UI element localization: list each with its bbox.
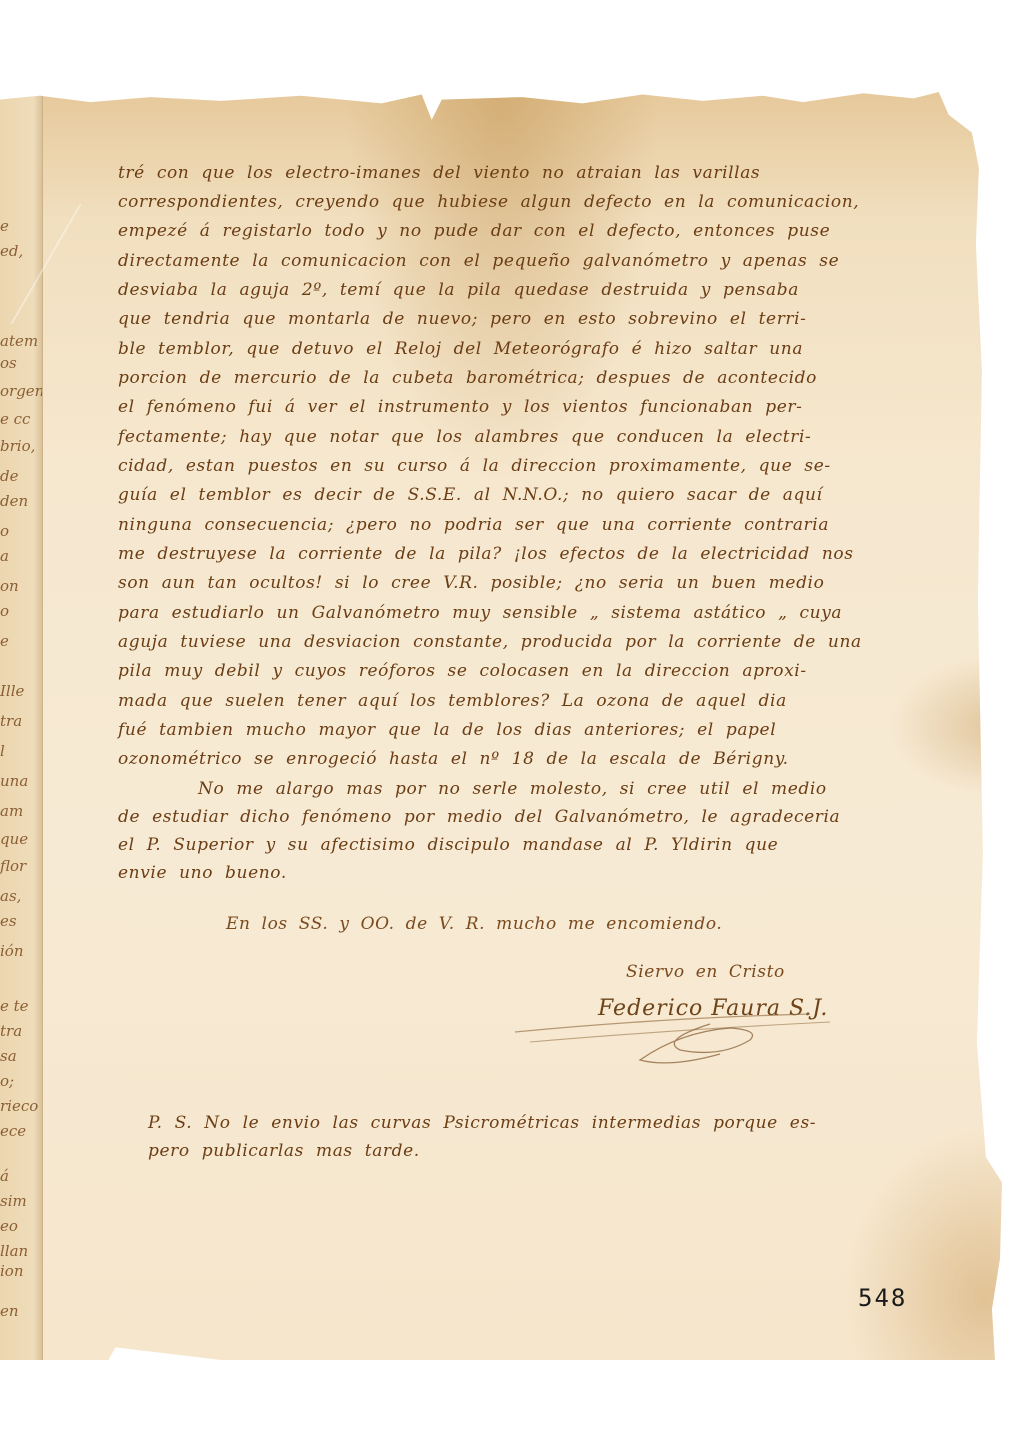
body-line: guía el temblor es decir de S.S.E. al N.… — [118, 484, 823, 506]
body-line: que tendria que montarla de nuevo; pero … — [118, 308, 807, 330]
bleed-through-fragment: o; — [0, 1072, 14, 1090]
bleed-through-fragment: e — [0, 632, 9, 650]
bleed-through-fragment: es — [0, 912, 17, 930]
bleed-through-fragment: am — [0, 802, 23, 820]
bleed-through-fragment: ión — [0, 942, 24, 960]
postscript-line: pero publicarlas mas tarde. — [148, 1140, 420, 1162]
bleed-through-fragment: de — [0, 467, 18, 485]
salutation: En los SS. y OO. de V. R. mucho me encom… — [226, 914, 722, 934]
paragraph-line: No me alargo mas por no serle molesto, s… — [198, 778, 827, 800]
body-line: son aun tan ocultos! si lo cree V.R. pos… — [118, 572, 824, 594]
bleed-through-fragment: flor — [0, 857, 26, 875]
bleed-through-fragment: ece — [0, 1122, 26, 1140]
body-line: fué tambien mucho mayor que la de los di… — [118, 719, 776, 741]
bleed-through-fragment: on — [0, 577, 19, 595]
body-line: ble temblor, que detuvo el Reloj del Met… — [118, 338, 803, 360]
bleed-through-fragment: eo — [0, 1217, 18, 1235]
scan-frame: e ed, atem os orgen e cc brio, de den o … — [0, 0, 1024, 1448]
body-line: ozonométrico se enrogeció hasta el nº 18… — [118, 748, 789, 770]
body-line: mada que suelen tener aquí los temblores… — [118, 690, 787, 712]
bleed-through-fragment: una — [0, 772, 28, 790]
bleed-through-fragment: e — [0, 217, 9, 235]
body-line: cidad, estan puestos en su curso á la di… — [118, 455, 831, 477]
bleed-through-fragment: en — [0, 1302, 19, 1320]
bleed-through-fragment: que — [0, 830, 28, 848]
bleed-through-fragment: tra — [0, 1022, 22, 1040]
body-line: desviaba la aguja 2º, temí que la pila q… — [118, 279, 799, 301]
bleed-through-fragment: rieco — [0, 1097, 38, 1115]
bleed-through-fragment: den — [0, 492, 28, 510]
bleed-through-fragment: o — [0, 522, 9, 540]
bleed-through-fragment: ed, — [0, 242, 23, 260]
body-line: pila muy debil y cuyos reóforos se coloc… — [118, 660, 807, 682]
bleed-through-fragment: orgen — [0, 382, 43, 400]
bleed-through-fragment: e cc — [0, 410, 30, 428]
archive-page-number: 548 — [858, 1284, 907, 1312]
paragraph-line: envie uno bueno. — [118, 862, 287, 884]
bleed-through-fragment: llan — [0, 1242, 28, 1260]
bleed-through-fragment: á — [0, 1167, 9, 1185]
bleed-through-fragment: atem — [0, 332, 38, 350]
bleed-through-fragment: tra — [0, 712, 22, 730]
body-line: directamente la comunicacion con el pequ… — [118, 250, 839, 272]
body-line: aguja tuviese una desviacion constante, … — [118, 631, 862, 653]
paragraph-line: el P. Superior y su afectisimo discipulo… — [118, 834, 778, 856]
bleed-through-fragment: brio, — [0, 437, 35, 455]
postscript-line: P. S. No le envio las curvas Psicrométri… — [148, 1112, 816, 1134]
closing-phrase: Siervo en Cristo — [626, 962, 785, 982]
bleed-through-fragment: e te — [0, 997, 29, 1015]
bleed-through-fragment: as, — [0, 887, 21, 905]
letter-page: e ed, atem os orgen e cc brio, de den o … — [0, 92, 1004, 1360]
body-line: para estudiarlo un Galvanómetro muy sens… — [118, 602, 842, 624]
paragraph-line: de estudiar dicho fenómeno por medio del… — [118, 806, 840, 828]
bleed-through-fragment: a — [0, 547, 9, 565]
body-line: correspondientes, creyendo que hubiese a… — [118, 191, 859, 213]
bleed-through-fragment: o — [0, 602, 9, 620]
signature-flourish-icon — [510, 1010, 850, 1070]
bleed-through-fragment: sim — [0, 1192, 27, 1210]
body-line: porcion de mercurio de la cubeta baromét… — [118, 367, 817, 389]
bleed-through-fragment: os — [0, 354, 17, 372]
body-line: empezé á registarlo todo y no pude dar c… — [118, 220, 830, 242]
bleed-through-fragment: l — [0, 742, 5, 760]
bleed-through-fragment: sa — [0, 1047, 17, 1065]
bleed-through-fragment: Ille — [0, 682, 24, 700]
body-line: me destruyese la corriente de la pila? ¡… — [118, 543, 854, 565]
body-line: el fenómeno fui á ver el instrumento y l… — [118, 396, 802, 418]
bleed-through-fragment: ion — [0, 1262, 24, 1280]
body-line: fectamente; hay que notar que los alambr… — [118, 426, 811, 448]
body-line: tré con que los electro-imanes del vient… — [118, 162, 760, 184]
body-line: ninguna consecuencia; ¿pero no podria se… — [118, 514, 829, 536]
